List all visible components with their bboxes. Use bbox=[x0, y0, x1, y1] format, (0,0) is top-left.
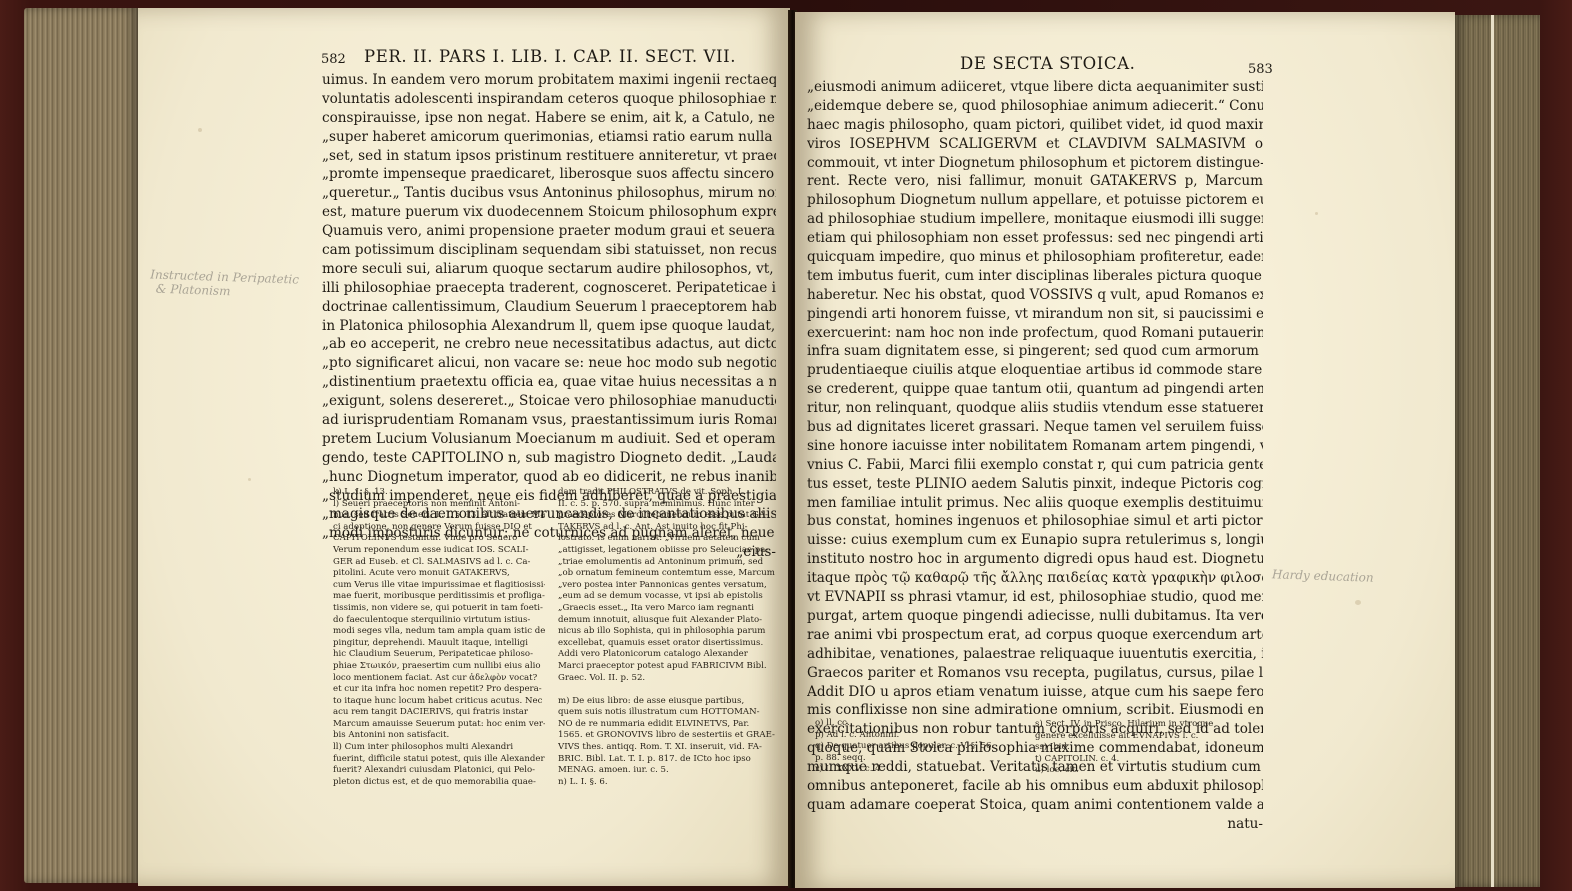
body-line: adhibitae, venationes, palaestrae reliqu… bbox=[807, 645, 1263, 664]
footnote-line: Addi vero Platonicorum catalogo Alexande… bbox=[558, 649, 778, 661]
body-line: „hunc Diognetum imperator, quod ab eo di… bbox=[322, 468, 776, 487]
footnote-line: et cur ita infra hoc nomen repetit? Pro … bbox=[333, 684, 545, 696]
body-line: etiam qui philosophiam non esset profess… bbox=[807, 229, 1263, 248]
body-line: vnius C. Fabii, Marci filii exemplo cons… bbox=[807, 456, 1263, 475]
margin-note-line: Hardy education bbox=[1272, 567, 1374, 585]
body-line: Addit DIO u apros etiam venatum iuisse, … bbox=[807, 683, 1263, 702]
body-line: „exigunt, solens desereret.„ Stoicae ver… bbox=[322, 392, 776, 411]
footnote-line: „ob ornatum femineum contemtum esse, Mar… bbox=[558, 568, 778, 580]
footnote-line: cum Verus ille vitae impurissimae et fla… bbox=[333, 580, 545, 592]
footnote-line: k) L. I. §. 13. bbox=[333, 487, 545, 499]
footnote-line: u) loc. cit. bbox=[1035, 765, 1255, 777]
footnote-line: p) Ad l. c. Antonini. bbox=[815, 730, 1030, 742]
handwritten-margin-note-left: Instructed in Peripatetic & Platonism bbox=[150, 267, 300, 300]
footnote-line: do faeculentoque sterquilinio virtutum i… bbox=[333, 615, 545, 627]
body-line: ad philosophiae studium impellere, monit… bbox=[807, 210, 1263, 229]
footnote-line: „triae emolumentis ad Antoninum primum, … bbox=[558, 557, 778, 569]
running-head-left: PER. II. PARS I. LIB. I. CAP. II. SECT. … bbox=[364, 47, 736, 66]
footnote-line: loco mentionem faciat. Ast cur ἀδελφὸν v… bbox=[333, 673, 545, 685]
footnote-line: TAKERVS ad l. c. Ant. Ast inuito hoc fit… bbox=[558, 522, 778, 534]
footnote-line: mae fuerit, moribusque perditissimis et … bbox=[333, 591, 545, 603]
footnote-line: Marci praeceptor potest apud FABRICIVM B… bbox=[558, 661, 778, 673]
body-line: Graecos pariter et Romanos vsu recepta, … bbox=[807, 664, 1263, 683]
footnote-line bbox=[558, 684, 778, 696]
footnote-line: Verum reponendum esse iudicat IOS. SCALI… bbox=[333, 545, 545, 557]
running-head-right: DE SECTA STOICA. bbox=[960, 54, 1136, 73]
catchword: natu- bbox=[807, 815, 1263, 834]
body-line: itaque πρὸς τῷ καθαρῷ τῆς ἄλλης παιδείας… bbox=[807, 569, 1263, 588]
footnote-line: p. 88. seqq. bbox=[815, 753, 1030, 765]
footnote-line: „vero postea inter Pannonicas gentes ver… bbox=[558, 580, 778, 592]
footnote-line: demum innotuit, aliusque fuit Alexander … bbox=[558, 615, 778, 627]
footnote-line: hic Claudium Seuerum, Peripateticae phil… bbox=[333, 649, 545, 661]
footnote-line: fuerit? Alexandri cuiusdam Platonici, qu… bbox=[333, 765, 545, 777]
footnote-line: m) De eius libro: de asse eiusque partib… bbox=[558, 696, 778, 708]
footnote-line: MENAG. amoen. iur. c. 5. bbox=[558, 765, 778, 777]
body-line: uisse: cuius exemplum cum ex Eunapio sup… bbox=[807, 531, 1263, 550]
body-line: philosophum Diognetum nullum appellare, … bbox=[807, 191, 1263, 210]
body-line: more seculi sui, aliarum quoque sectarum… bbox=[322, 260, 776, 279]
body-line: omnibus anteponeret, facile ab his omnib… bbox=[807, 777, 1263, 796]
footnote-line: „eum ad se demum vocasse, vt ipsi ab epi… bbox=[558, 591, 778, 603]
footnote-line: „attigisset, legationem obiisse pro Sele… bbox=[558, 545, 778, 557]
foxing-spot bbox=[1355, 600, 1361, 605]
footnote-line: GER ad Euseb. et Cl. SALMASIVS ad l. c. … bbox=[333, 557, 545, 569]
foxing-spot bbox=[248, 478, 251, 481]
body-line: bus ad dignitates liceret grassari. Nequ… bbox=[807, 418, 1263, 437]
footnote-line: BRIC. Bibl. Lat. T. I. p. 817. de ICto h… bbox=[558, 754, 778, 766]
footnote-line: r) L. XXXV. c. 4. bbox=[815, 764, 1030, 776]
footnote-line: II. c. 5. p. 570. supra meminimus. Hunc … bbox=[558, 499, 778, 511]
body-line: „distinentium praetextu officia ea, quae… bbox=[322, 373, 776, 392]
footnote-line: ci adoptione, non genere Verum fuisse DI… bbox=[333, 522, 545, 534]
footnote-line: Marcum amauisse Seuerum putat: hoc enim … bbox=[333, 719, 545, 731]
body-line: in Platonica philosophia Alexandrum ll, … bbox=[322, 317, 776, 336]
body-line: „super haberet amicorum querimonias, eti… bbox=[322, 128, 776, 147]
left-page-edges bbox=[24, 8, 138, 883]
body-line: commouit, vt inter Diognetum philosophum… bbox=[807, 154, 1263, 173]
body-line: rent. Recte vero, nisi fallimur, monuit … bbox=[807, 172, 1263, 191]
foxing-spot bbox=[1315, 212, 1318, 215]
body-line: quam adamare coeperat Stoica, quam animi… bbox=[807, 796, 1263, 815]
right-page: DE SECTA STOICA. 583 „eiusmodi animum ad… bbox=[795, 12, 1455, 888]
left-footnotes-col2: dam tradit PHILOSTRATVS de vit. Soph. L.… bbox=[558, 487, 778, 788]
body-line: uimus. In eandem vero morum probitatem m… bbox=[322, 71, 776, 90]
right-footnotes-col2: s) Sect. IV. in Prisco, Hilarium in vtro… bbox=[1035, 719, 1255, 777]
handwritten-margin-note-right: Hardy education bbox=[1272, 567, 1374, 585]
footnote-line: modi seges vlla, nedum tam ampla quam is… bbox=[333, 626, 545, 638]
body-line: „queretur.„ Tantis ducibus vsus Antoninu… bbox=[322, 184, 776, 203]
body-line: est, mature puerum vix duodecennem Stoic… bbox=[322, 203, 776, 222]
body-line: tus esset, teste PLINIO aedem Salutis pi… bbox=[807, 475, 1263, 494]
body-line: viros IOSEPHVM SCALIGERVM et CLAVDIVM SA… bbox=[807, 135, 1263, 154]
page-number-right: 583 bbox=[1248, 62, 1273, 77]
body-line: sine honore iacuisse inter nobilitatem R… bbox=[807, 437, 1263, 456]
body-line: tem imbutus fuerit, cum inter disciplina… bbox=[807, 267, 1263, 286]
body-line: voluntatis adolescenti inspirandam ceter… bbox=[322, 90, 776, 109]
footnote-line: acu rem tangit DACIERIVS, qui fratris in… bbox=[333, 707, 545, 719]
footnote-line: ss) Ibid. bbox=[1035, 742, 1255, 754]
body-line: purgat, artem quoque pingendi adiecisse,… bbox=[807, 607, 1263, 626]
footnote-line: o) ll. cc. bbox=[815, 718, 1030, 730]
footnote-line: l) Seueri praeceptoris non meminit Anton… bbox=[333, 499, 545, 511]
footnote-line: ll) Cum inter philosophos multi Alexandr… bbox=[333, 742, 545, 754]
footnote-line: lostrato. Is enim narrat: „Virilem aetat… bbox=[558, 533, 778, 545]
body-line: „ab eo acceperit, ne crebro neue necessi… bbox=[322, 335, 776, 354]
footnote-line: t) CAPITOLIN. c. 4. bbox=[1035, 754, 1255, 766]
body-line: quicquam impedire, quo minus et philosop… bbox=[807, 248, 1263, 267]
footnote-line: tissimis, non videre se, qui potuerit in… bbox=[333, 603, 545, 615]
footnote-line: q) De quatuor artibus popular. c. V. §. … bbox=[815, 741, 1030, 753]
page-edge-gap bbox=[1491, 15, 1494, 887]
footnote-line: „Graecis esset.„ Ita vero Marco iam regn… bbox=[558, 603, 778, 615]
foxing-spot bbox=[198, 128, 202, 132]
body-line: cam potissimum disciplinam sequendam sib… bbox=[322, 241, 776, 260]
body-line: rae animi vbi prospectum erat, ad corpus… bbox=[807, 626, 1263, 645]
footnote-line: VIVS thes. antiqq. Rom. T. XI. inseruit,… bbox=[558, 742, 778, 754]
footnote-line: pingitur, deprehendi. Mauult itaque, int… bbox=[333, 638, 545, 650]
footnote-line: n) L. I. §. 6. bbox=[558, 777, 778, 789]
body-line: „promte impenseque praedicaret, liberosq… bbox=[322, 165, 776, 184]
body-line: pretem Lucium Volusianum Moecianum m aud… bbox=[322, 430, 776, 449]
body-line: prudentiaeque ciuilis atque eloquentiae … bbox=[807, 361, 1263, 380]
body-line: haberetur. Nec his obstat, quod VOSSIVS … bbox=[807, 286, 1263, 305]
body-line: infra suam dignitatem esse, si pingerent… bbox=[807, 342, 1263, 361]
right-footnotes-col1: o) ll. cc.p) Ad l. c. Antonini.q) De qua… bbox=[815, 718, 1030, 776]
body-line: „pto significaret alicui, non vacare se:… bbox=[322, 354, 776, 373]
footnote-line: 1565. et GRONOVIVS libro de sestertiis e… bbox=[558, 730, 778, 742]
footnote-line: pitolini. Acute vero monuit GATAKERVS, bbox=[333, 568, 545, 580]
left-footnotes-col1: k) L. I. §. 13.l) Seueri praeceptoris no… bbox=[333, 487, 545, 788]
footnote-line: Graec. Vol. II. p. 52. bbox=[558, 673, 778, 685]
body-line: instituto nostro hoc in argumento digred… bbox=[807, 550, 1263, 569]
right-page-edges bbox=[1455, 15, 1540, 887]
body-line: „eiusmodi animum adiiceret, vtque libere… bbox=[807, 78, 1263, 97]
footnote-line: phiae Στωικόν, praesertim cum nullibi ei… bbox=[333, 661, 545, 673]
footnote-line: praeceptores Marci reponendum esse putat… bbox=[558, 510, 778, 522]
footnote-line: excellebat, quamuis esset orator diserti… bbox=[558, 638, 778, 650]
body-line: men familiae intulit primus. Nec aliis q… bbox=[807, 494, 1263, 513]
footnote-line: pleton dictus est, et de quo memorabilia… bbox=[333, 777, 545, 789]
body-line: ritur, non relinquant, quodque aliis stu… bbox=[807, 399, 1263, 418]
body-line: bus constat, homines ingenuos et philoso… bbox=[807, 512, 1263, 531]
body-line: conspirauisse, ipse non negat. Habere se… bbox=[322, 109, 776, 128]
body-line: haec magis philosopho, quam pictori, qui… bbox=[807, 116, 1263, 135]
body-line: exercuerint: nam hoc non inde profectum,… bbox=[807, 324, 1263, 343]
footnote-line: to itaque hunc locum habet criticus acut… bbox=[333, 696, 545, 708]
footnote-line: CAPITOLINVS testantur. Vnde pro Seuero bbox=[333, 533, 545, 545]
body-line: vt EVNAPII ss phrasi vtamur, id est, phi… bbox=[807, 588, 1263, 607]
body-line: „set, sed in statum ipsos pristinum rest… bbox=[322, 147, 776, 166]
left-page: 582 PER. II. PARS I. LIB. I. CAP. II. SE… bbox=[138, 8, 790, 886]
footnote-line: fuerint, difficile statui potest, quis i… bbox=[333, 754, 545, 766]
footnote-line: nus, sed fratris Seueri, L. I. §. 13. al… bbox=[333, 510, 545, 522]
body-line: doctrinae callentissimum, Claudium Seuer… bbox=[322, 298, 776, 317]
footnote-line: bis Antonini non satisfacit. bbox=[333, 730, 545, 742]
body-line: pingendi arti honorem fuisse, vt mirandu… bbox=[807, 305, 1263, 324]
body-line: illi philosophiae praecepta traderent, c… bbox=[322, 279, 776, 298]
body-line: „eidemque debere se, quod philosophiae a… bbox=[807, 97, 1263, 116]
footnote-line: quem suis notis illustratum cum HOTTOMAN… bbox=[558, 707, 778, 719]
footnote-line: nicus ab illo Sophista, qui in philosoph… bbox=[558, 626, 778, 638]
footnote-line: NO de re nummaria edidit ELVINETVS, Par. bbox=[558, 719, 778, 731]
page-number-left: 582 bbox=[321, 52, 346, 67]
body-line: se crederent, quippe quae tantum otii, q… bbox=[807, 380, 1263, 399]
body-line: Quamuis vero, animi propensione praeter … bbox=[322, 222, 776, 241]
body-line: ad iurisprudentiam Romanam vsus, praesta… bbox=[322, 411, 776, 430]
body-line: gendo, teste CAPITOLINO n, sub magistro … bbox=[322, 449, 776, 468]
footnote-line: s) Sect. IV. in Prisco, Hilarium in vtro… bbox=[1035, 719, 1255, 731]
footnote-line: genere excelluisse ait EVNAPIVS l. c. bbox=[1035, 731, 1255, 743]
footnote-line: dam tradit PHILOSTRATVS de vit. Soph. L. bbox=[558, 487, 778, 499]
